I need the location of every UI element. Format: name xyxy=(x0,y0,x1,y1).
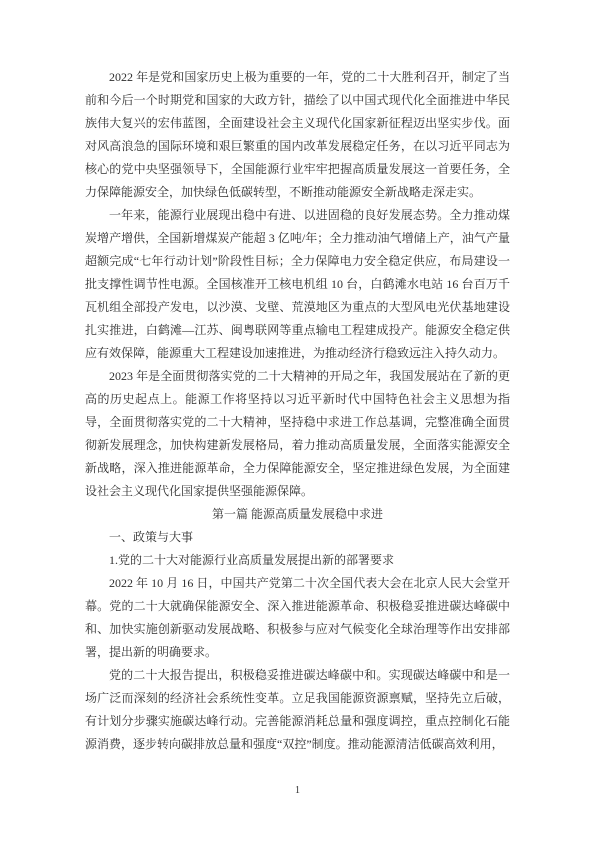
document-page: 2022 年是党和国家历史上极为重要的一年，党的二十大胜利召开，制定了当前和今后… xyxy=(0,0,595,841)
opening-paragraph-1: 2022 年是党和国家历史上极为重要的一年，党的二十大胜利召开，制定了当前和今后… xyxy=(85,66,510,204)
opening-paragraph-3: 2023 年是全面贯彻落实党的二十大精神的开局之年，我国发展站在了新的更高的历史… xyxy=(85,365,510,503)
page-number: 1 xyxy=(0,785,595,797)
body-paragraph-1: 2022 年 10 月 16 日，中国共产党第二十次全国代表大会在北京人民大会堂… xyxy=(85,572,510,664)
section-heading: 一、政策与大事 xyxy=(85,526,510,549)
item-heading: 1.党的二十大对能源行业高质量发展提出新的部署要求 xyxy=(85,549,510,572)
opening-paragraph-2: 一年来，能源行业展现出稳中有进、以进固稳的良好发展态势。全力推动煤炭增产增供，全… xyxy=(85,204,510,365)
body-paragraph-2: 党的二十大报告提出，积极稳妥推进碳达峰碳中和。实现碳达峰碳中和是一场广泛而深刻的… xyxy=(85,664,510,756)
part-heading: 第一篇 能源高质量发展稳中求进 xyxy=(85,503,510,526)
